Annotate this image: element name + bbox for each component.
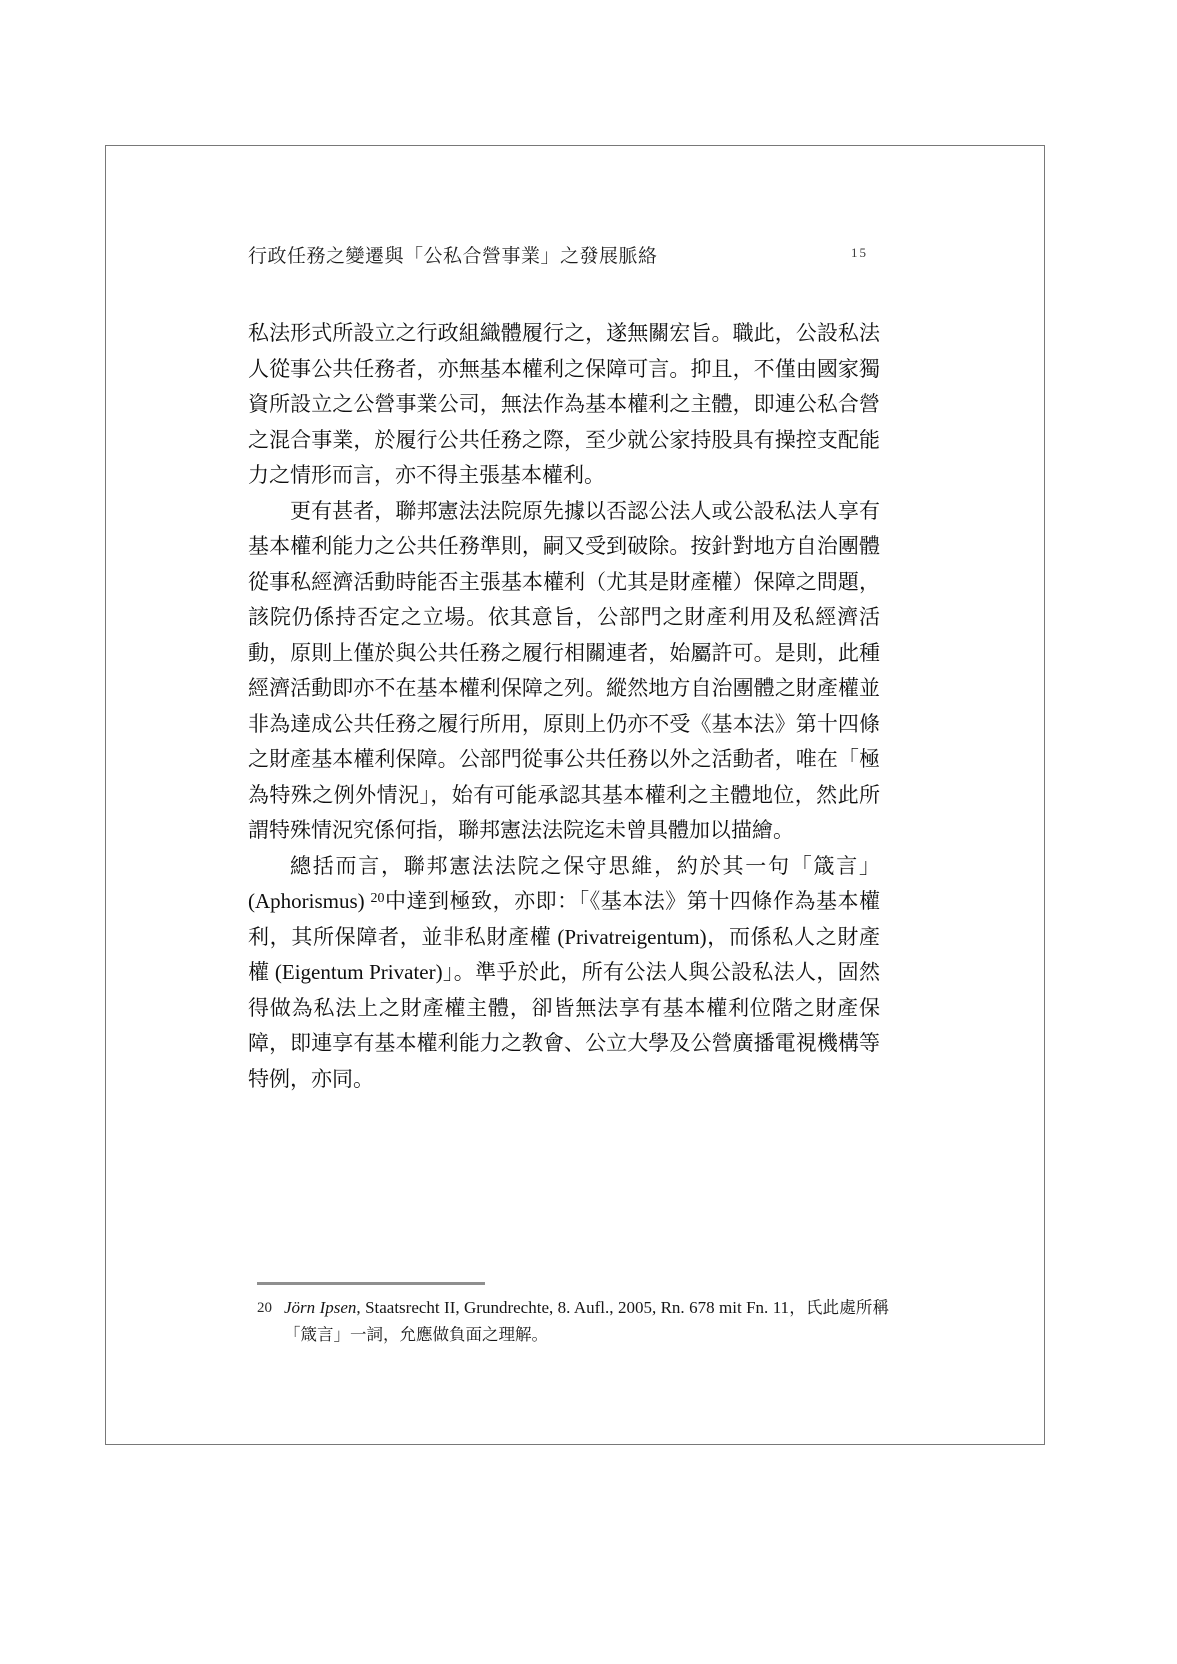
page-border-frame: 行政任務之變遷與「公私合營事業」之發展脈絡 15 私法形式所設立之行政組織體履行…	[105, 145, 1045, 1445]
running-header-title: 行政任務之變遷與「公私合營事業」之發展脈絡	[248, 241, 658, 268]
body-text: 私法形式所設立之行政組織體履行之，遂無關宏旨。職此，公設私法人從事公共任務者，亦…	[248, 316, 880, 1097]
footnote-author-italic: Jörn Ipsen	[284, 1298, 356, 1317]
paragraph-1: 私法形式所設立之行政組織體履行之，遂無關宏旨。職此，公設私法人從事公共任務者，亦…	[248, 316, 880, 494]
footnote-text: Jörn Ipsen, Staatsrecht II, Grundrechte,…	[284, 1294, 889, 1348]
footnote-marker: 20	[257, 1294, 284, 1348]
footnote-separator-rule	[257, 1282, 485, 1285]
footnote-reference-latin: , Staatsrecht II, Grundrechte, 8. Aufl.,…	[356, 1298, 789, 1317]
page-number: 15	[851, 245, 868, 261]
footnote-20: 20 Jörn Ipsen, Staatsrecht II, Grundrech…	[257, 1294, 889, 1348]
footnote-reference-20: 20	[370, 891, 384, 906]
document-page: 行政任務之變遷與「公私合營事業」之發展脈絡 15 私法形式所設立之行政組織體履行…	[0, 0, 1177, 1664]
paragraph-3: 總括而言，聯邦憲法法院之保守思維，約於其一句「箴言」(Aphorismus) 2…	[248, 849, 880, 1098]
paragraph-3-text-after-ref: 中達到極致，亦即：「《基本法》第十四條作為基本權利，其所保障者，並非私財產權 (…	[248, 889, 880, 1091]
paragraph-2: 更有甚者，聯邦憲法法院原先據以否認公法人或公設私法人享有基本權利能力之公共任務準…	[248, 494, 880, 849]
